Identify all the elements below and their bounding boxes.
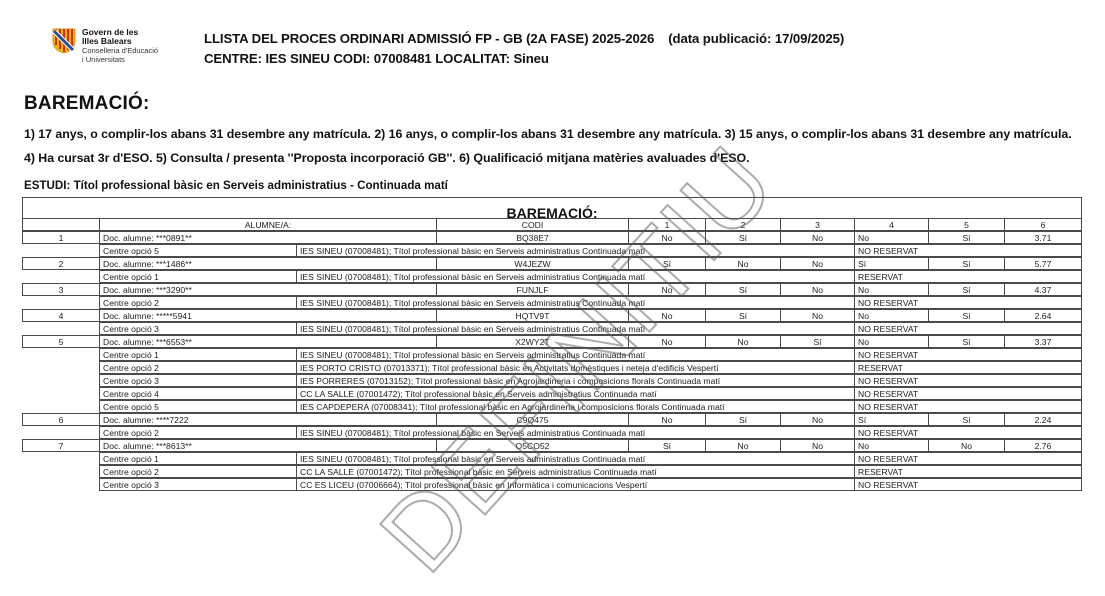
header-num	[22, 218, 100, 231]
student-doc: Doc. alumne: ****7222	[99, 413, 437, 426]
reservation-status: NO RESERVAT	[854, 322, 1082, 335]
centre-option-label: Centre opció 1	[99, 452, 297, 465]
estudi-heading: ESTUDI: Títol professional bàsic en Serv…	[24, 179, 448, 192]
logo-line-3: Conselleria d'Educació	[82, 46, 158, 55]
criterion-5-value: Sí	[928, 309, 1005, 322]
document-title: LLISTA DEL PROCES ORDINARI ADMISSIÓ FP -…	[204, 31, 844, 46]
reservation-status: NO RESERVAT	[854, 478, 1082, 491]
centre-option-label: Centre opció 1	[99, 270, 297, 283]
student-doc: Doc. alumne: ***1486**	[99, 257, 437, 270]
criterion-3-value: No	[780, 413, 855, 426]
criterion-5-value: Sí	[928, 413, 1005, 426]
centre-option-label: Centre opció 3	[99, 478, 297, 491]
criterion-1-value: Sí	[628, 257, 706, 270]
centre-option-label: Centre opció 2	[99, 465, 297, 478]
header-alumne: ALUMNE/A:	[99, 218, 437, 231]
criterion-1-value: Sí	[628, 439, 706, 452]
criterion-6-value: 3.37	[1004, 335, 1082, 348]
student-doc: Doc. alumne: ***0891**	[99, 231, 437, 244]
criterion-1-value: No	[628, 309, 706, 322]
criterion-3-value: No	[780, 309, 855, 322]
table-title: BAREMACIÓ:	[22, 197, 1082, 219]
centre-option-label: Centre opció 1	[99, 348, 297, 361]
criterion-1-value: No	[628, 335, 706, 348]
criterion-5-value: Sí	[928, 231, 1005, 244]
reservation-status: RESERVAT	[854, 465, 1082, 478]
centre-option-label: Centre opció 3	[99, 374, 297, 387]
publication-date: (data publicació: 17/09/2025)	[668, 31, 844, 46]
centre-option-label: Centre opció 2	[99, 361, 297, 374]
header-criterion-5: 5	[928, 218, 1005, 231]
criterion-4-value: No	[854, 231, 929, 244]
criterion-6-value: 5.77	[1004, 257, 1082, 270]
logo-line-2: Illes Balears	[82, 37, 158, 46]
criterion-3-value: No	[780, 257, 855, 270]
student-number: 5	[22, 335, 100, 348]
header-criterion-1: 1	[628, 218, 706, 231]
criterion-6-value: 2.64	[1004, 309, 1082, 322]
centre-option-description: IES SINEU (07008481); Títol professional…	[296, 348, 855, 361]
student-number: 6	[22, 413, 100, 426]
student-code: FUNJLF	[436, 283, 629, 296]
student-number: 3	[22, 283, 100, 296]
centre-option-description: IES PORTO CRISTO (07013371); Títol profe…	[296, 361, 855, 374]
centre-option-description: IES SINEU (07008481); Títol professional…	[296, 296, 855, 309]
criterion-4-value: No	[854, 283, 929, 296]
criterion-4-value: No	[854, 309, 929, 322]
student-doc: Doc. alumne: ***8613**	[99, 439, 437, 452]
student-code: O5CO52	[436, 439, 629, 452]
centre-option-description: CC ES LICEU (07006664); Títol profession…	[296, 478, 855, 491]
centre-info: CENTRE: IES SINEU CODI: 07008481 LOCALIT…	[204, 51, 549, 66]
centre-option-description: CC LA SALLE (07001472); Títol profession…	[296, 465, 855, 478]
criterion-5-value: Sí	[928, 335, 1005, 348]
student-doc: Doc. alumne: *****5941	[99, 309, 437, 322]
criterion-2-value: No	[705, 439, 781, 452]
criterion-2-value: Sí	[705, 231, 781, 244]
balearic-shield-icon	[52, 28, 76, 54]
header-criterion-3: 3	[780, 218, 855, 231]
reservation-status: NO RESERVAT	[854, 387, 1082, 400]
centre-option-description: IES SINEU (07008481); Títol professional…	[296, 426, 855, 439]
student-number: 4	[22, 309, 100, 322]
reservation-status: NO RESERVAT	[854, 452, 1082, 465]
reservation-status: NO RESERVAT	[854, 400, 1082, 413]
criterion-3-value: No	[780, 231, 855, 244]
header-criterion-6: 6	[1004, 218, 1082, 231]
student-code: W4JEZW	[436, 257, 629, 270]
criterion-3-value: No	[780, 283, 855, 296]
centre-option-row: Centre opció 3CC ES LICEU (07006664); Tí…	[23, 479, 1082, 493]
list-title: LLISTA DEL PROCES ORDINARI ADMISSIÓ FP -…	[204, 31, 654, 46]
header-codi: CODI	[436, 218, 629, 231]
criterion-2-value: No	[705, 257, 781, 270]
centre-option-description: IES SINEU (07008481); Títol professional…	[296, 322, 855, 335]
logo-text: Govern de les Illes Balears Conselleria …	[82, 28, 158, 64]
reservation-status: NO RESERVAT	[854, 426, 1082, 439]
student-code: HQTV9T	[436, 309, 629, 322]
centre-option-label: Centre opció 4	[99, 387, 297, 400]
reservation-status: NO RESERVAT	[854, 374, 1082, 387]
student-doc: Doc. alumne: ***6553**	[99, 335, 437, 348]
criterion-6-value: 4.37	[1004, 283, 1082, 296]
centre-option-description: IES CAPDEPERA (07008341); Títol professi…	[296, 400, 855, 413]
student-number: 7	[22, 439, 100, 452]
criterion-2-value: Sí	[705, 309, 781, 322]
student-doc: Doc. alumne: ***3290**	[99, 283, 437, 296]
logo-line-4: i Universitats	[82, 55, 158, 64]
criterion-5-value: Sí	[928, 283, 1005, 296]
centre-option-description: IES SINEU (07008481); Títol professional…	[296, 244, 855, 257]
criterion-6-value: 3.71	[1004, 231, 1082, 244]
criterion-2-value: Sí	[705, 413, 781, 426]
criterion-5-value: Sí	[928, 257, 1005, 270]
student-number: 1	[22, 231, 100, 244]
centre-option-description: IES SINEU (07008481); Títol professional…	[296, 452, 855, 465]
centre-option-description: IES PORRERES (07013152); Títol professio…	[296, 374, 855, 387]
centre-option-label: Centre opció 5	[99, 244, 297, 257]
reservation-status: RESERVAT	[854, 361, 1082, 374]
table-title-row: BAREMACIÓ:	[23, 198, 1082, 220]
header-criterion-2: 2	[705, 218, 781, 231]
criterion-4-value: Sí	[854, 413, 929, 426]
criterion-2-value: No	[705, 335, 781, 348]
criterion-4-value: No	[854, 439, 929, 452]
reservation-status: NO RESERVAT	[854, 296, 1082, 309]
criterion-2-value: Sí	[705, 283, 781, 296]
baremacio-heading: BAREMACIÓ:	[24, 93, 150, 115]
criterion-3-value: No	[780, 439, 855, 452]
student-number: 2	[22, 257, 100, 270]
baremacio-criteria: 1) 17 anys, o complir-los abans 31 desem…	[24, 122, 1084, 170]
reservation-status: NO RESERVAT	[854, 244, 1082, 257]
criterion-4-value: No	[854, 335, 929, 348]
student-code: C9Q475	[436, 413, 629, 426]
student-code: X2WY2T	[436, 335, 629, 348]
centre-option-description: CC LA SALLE (07001472); Títol profession…	[296, 387, 855, 400]
centre-option-label: Centre opció 2	[99, 426, 297, 439]
student-code: BQ38E7	[436, 231, 629, 244]
centre-option-label: Centre opció 2	[99, 296, 297, 309]
header-criterion-4: 4	[854, 218, 929, 231]
criterion-1-value: No	[628, 413, 706, 426]
criterion-5-value: No	[928, 439, 1005, 452]
centre-option-label: Centre opció 5	[99, 400, 297, 413]
reservation-status: RESERVAT	[854, 270, 1082, 283]
criterion-6-value: 2.24	[1004, 413, 1082, 426]
criterion-4-value: Sí	[854, 257, 929, 270]
reservation-status: NO RESERVAT	[854, 348, 1082, 361]
criterion-1-value: No	[628, 283, 706, 296]
criterion-1-value: No	[628, 231, 706, 244]
centre-option-label: Centre opció 3	[99, 322, 297, 335]
criterion-6-value: 2.76	[1004, 439, 1082, 452]
criterion-3-value: Sí	[780, 335, 855, 348]
centre-option-description: IES SINEU (07008481); Títol professional…	[296, 270, 855, 283]
